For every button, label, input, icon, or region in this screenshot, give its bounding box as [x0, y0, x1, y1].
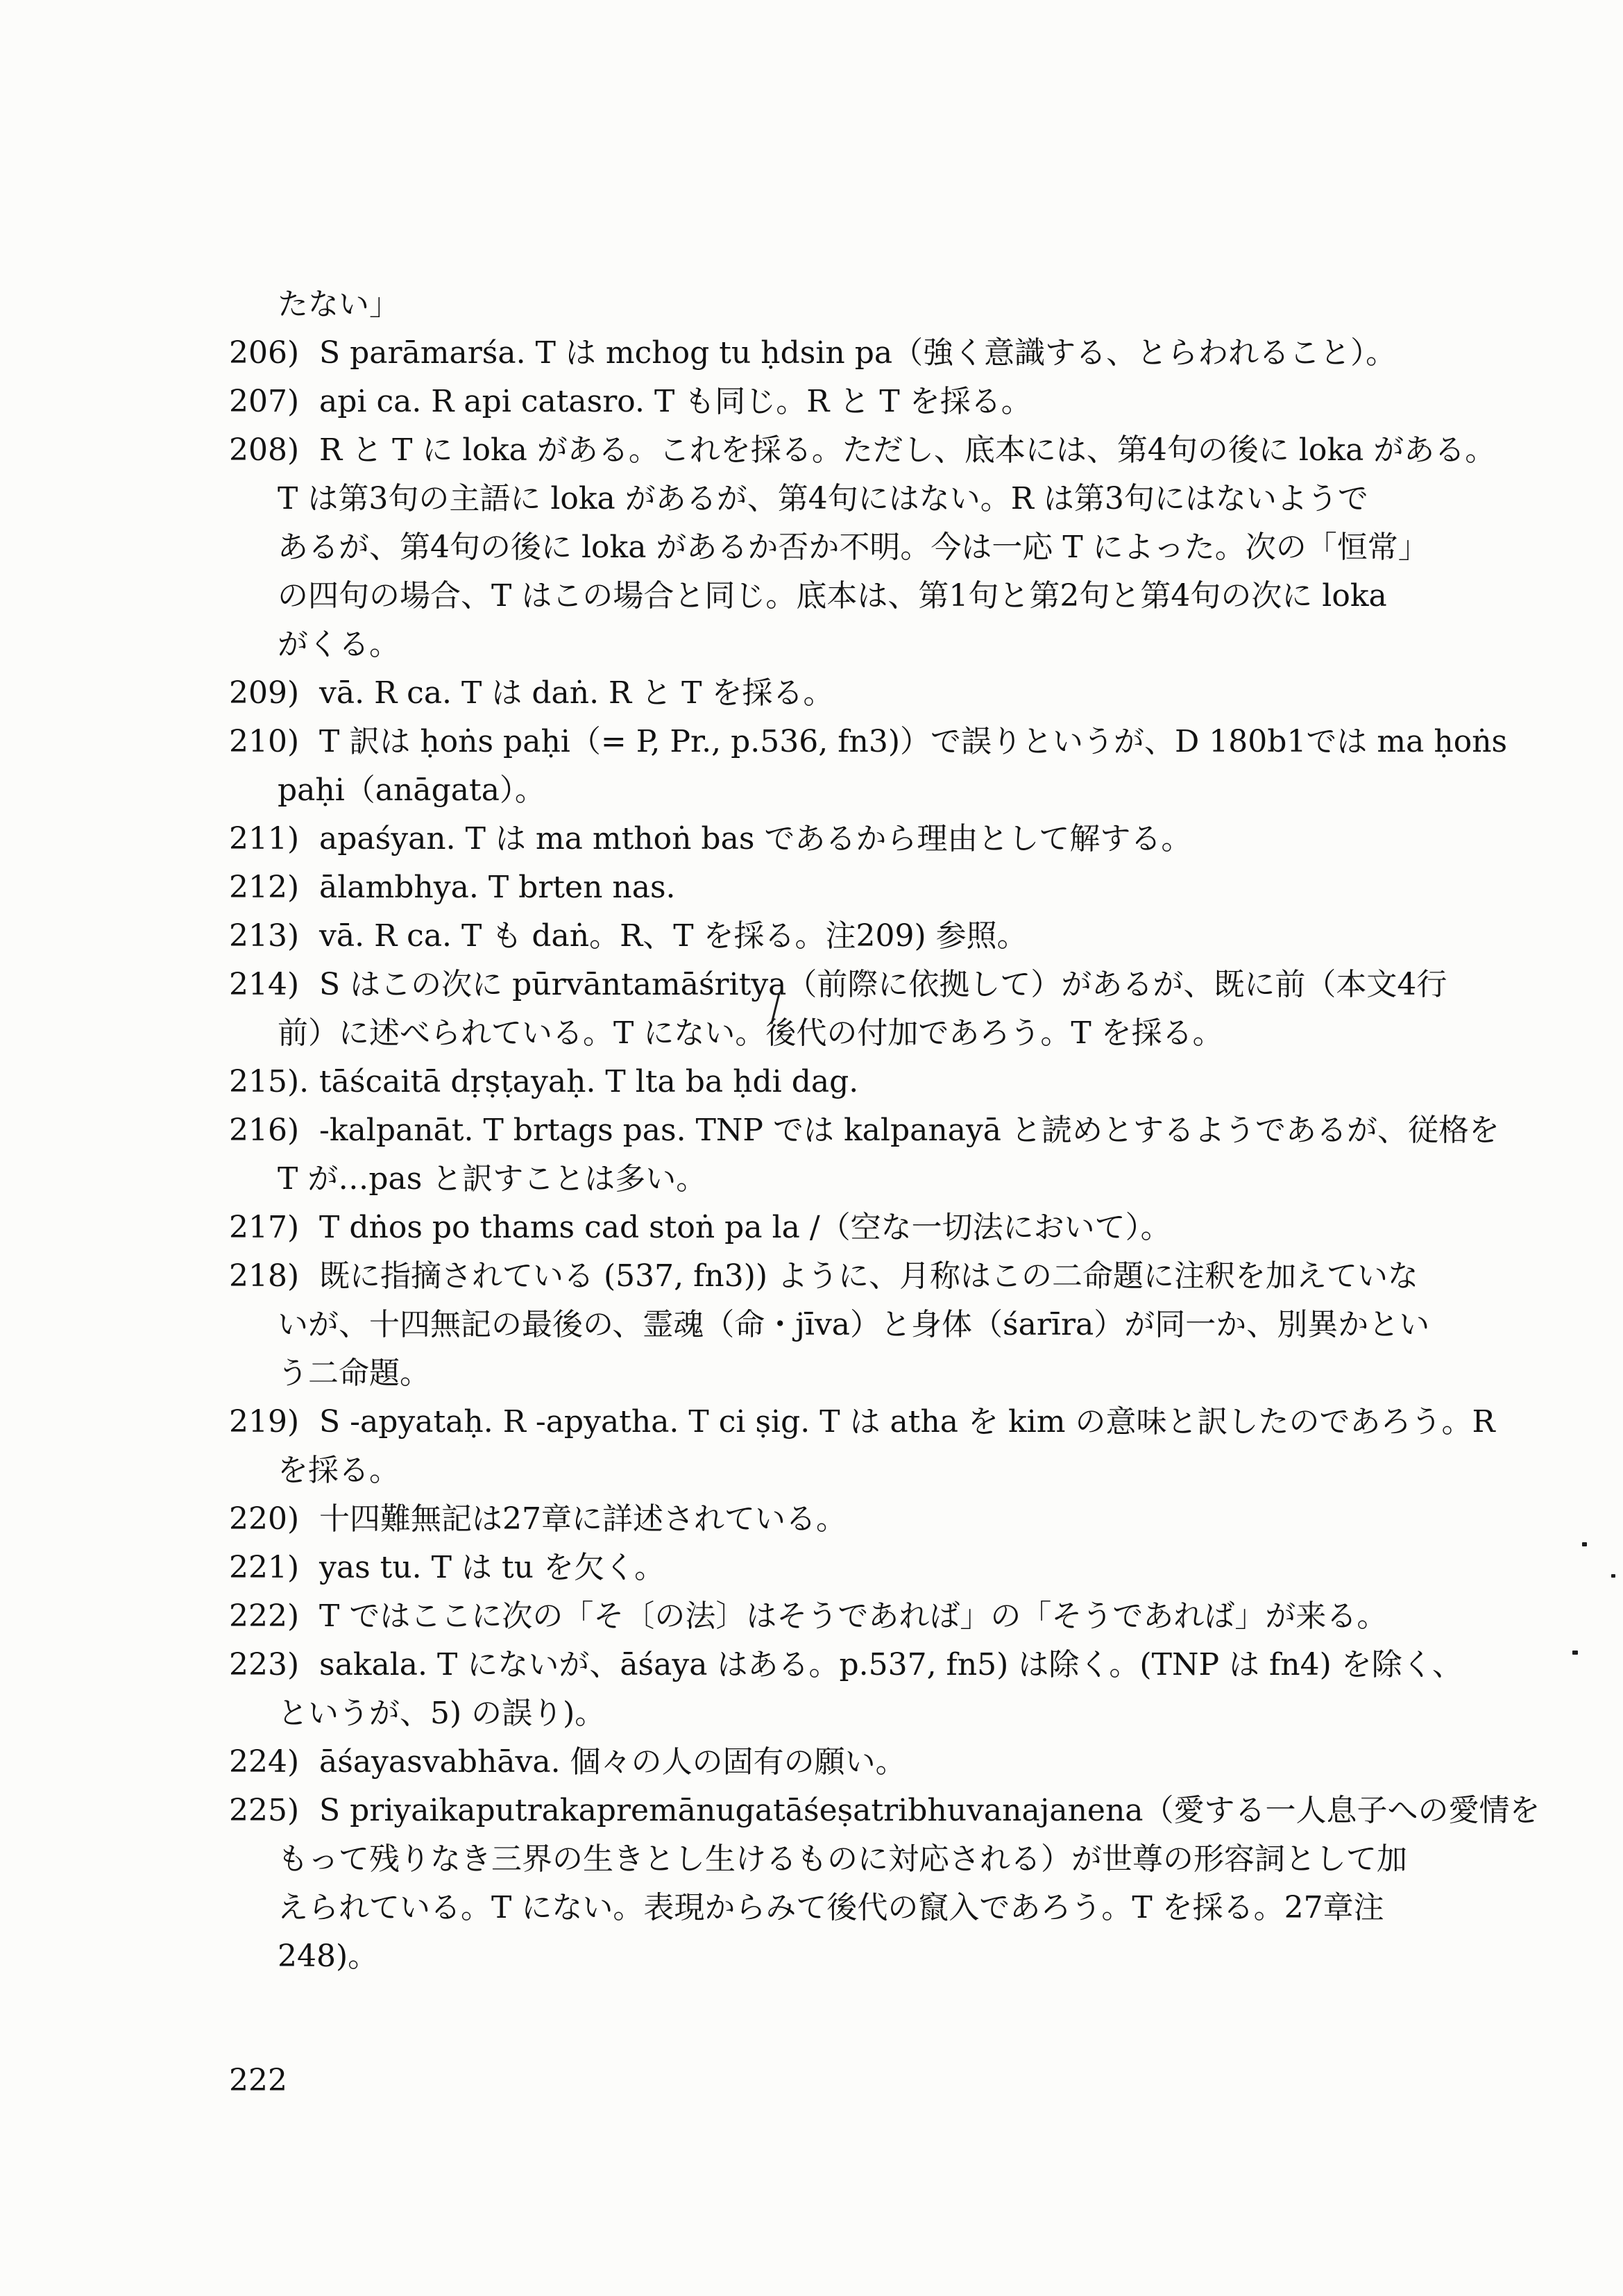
- note-number: 209): [229, 669, 299, 718]
- note-text: S parāmarśa. T は mchog tu ḥdsin pa（強く意識す…: [319, 329, 1396, 378]
- note-text: の四句の場合、T はこの場合と同じ。底本は、第1句と第2句と第4句の次に lok…: [278, 572, 1387, 621]
- note-line: 218)既に指摘されている (537, fn3)) ように、月称はこの二命題に注…: [0, 1252, 1623, 1301]
- note-line: 222)T ではここに次の「そ〔の法〕はそうであれば」の「そうであれば」が来る。: [0, 1592, 1623, 1641]
- note-text: 前）に述べられている。T にない。後代の付加であろう。T を採る。: [278, 1009, 1223, 1058]
- note-text: vā. R ca. T は daṅ. R と T を採る。: [319, 669, 834, 718]
- note-line: 215).tāścaitā dṛṣṭayaḥ. T lta ba ḥdi dag…: [0, 1058, 1623, 1106]
- note-line: 223)sakala. T にないが、āśaya はある。p.537, fn5)…: [0, 1641, 1623, 1689]
- note-line: T は第3句の主語に loka があるが、第4句にはない。R は第3句にはないよ…: [0, 475, 1623, 523]
- note-number: 212): [229, 863, 299, 912]
- note-text: ālambhya. T brten nas.: [319, 863, 676, 912]
- note-line: 224)āśayasvabhāva. 個々の人の固有の願い。: [0, 1738, 1623, 1787]
- note-number: 223): [229, 1641, 299, 1689]
- scan-speck: [1582, 1542, 1587, 1546]
- note-number: 217): [229, 1204, 299, 1252]
- note-number: 224): [229, 1738, 299, 1787]
- note-text: paḥi（anāgata）。: [278, 766, 545, 815]
- note-line: 213)vā. R ca. T も daṅ。R、T を採る。注209) 参照。: [0, 912, 1623, 961]
- note-line: 216)-kalpanāt. T brtags pas. TNP では kalp…: [0, 1106, 1623, 1155]
- note-text: S はこの次に pūrvāntamāśritya（前際に依拠して）があるが、既に…: [319, 961, 1447, 1009]
- note-text: もって残りなき三界の生きとし生けるものに対応される）が世尊の形容詞として加: [278, 1835, 1407, 1884]
- note-line: の四句の場合、T はこの場合と同じ。底本は、第1句と第2句と第4句の次に lok…: [0, 572, 1623, 621]
- note-text: api ca. R api catasro. T も同じ。R と T を採る。: [319, 378, 1032, 426]
- note-line: 219)S -apyataḥ. R -apyatha. T ci ṣig. T …: [0, 1398, 1623, 1446]
- note-text: いが、十四無記の最後の、霊魂（命・jīva）と身体（śarīra）が同一か、別異…: [278, 1301, 1429, 1349]
- note-text: たない」: [278, 280, 400, 329]
- note-text: -kalpanāt. T brtags pas. TNP では kalpanay…: [319, 1106, 1499, 1155]
- note-number: 222): [229, 1592, 299, 1641]
- note-line: 212)ālambhya. T brten nas.: [0, 863, 1623, 912]
- note-line: えられている。T にない。表現からみて後代の竄入であろう。T を採る。27章注: [0, 1884, 1623, 1932]
- note-text: がくる。: [278, 621, 400, 669]
- note-text: S -apyataḥ. R -apyatha. T ci ṣig. T は at…: [319, 1398, 1495, 1446]
- note-line: 前）に述べられている。T にない。後代の付加であろう。T を採る。: [0, 1009, 1623, 1058]
- note-number: 218): [229, 1252, 299, 1301]
- note-line: 225)S priyaikaputrakapremānugatāśeṣatrib…: [0, 1787, 1623, 1835]
- note-line: 217)T dṅos po thams cad stoṅ pa la /（空な一…: [0, 1204, 1623, 1252]
- note-text: T 訳は ḥoṅs paḥi（= P, Pr., p.536, fn3)）で誤り…: [319, 718, 1507, 766]
- note-text: 十四難無記は27章に詳述されている。: [319, 1495, 847, 1544]
- note-line: 221)yas tu. T は tu を欠く。: [0, 1544, 1623, 1592]
- note-text: yas tu. T は tu を欠く。: [319, 1544, 665, 1592]
- note-line: がくる。: [0, 621, 1623, 669]
- document-page: たない」206)S parāmarśa. T は mchog tu ḥdsin …: [0, 0, 1623, 2296]
- note-line: 209)vā. R ca. T は daṅ. R と T を採る。: [0, 669, 1623, 718]
- note-number: 216): [229, 1106, 299, 1155]
- note-line: 220)十四難無記は27章に詳述されている。: [0, 1495, 1623, 1544]
- note-text: を採る。: [278, 1446, 400, 1495]
- footnotes-section: たない」206)S parāmarśa. T は mchog tu ḥdsin …: [0, 280, 1623, 1981]
- scan-speck: [1611, 1574, 1615, 1578]
- note-number: 213): [229, 912, 299, 961]
- note-text: あるが、第4句の後に loka があるか否か不明。今は一応 T によった。次の「…: [278, 523, 1429, 572]
- note-number: 210): [229, 718, 299, 766]
- note-line: いが、十四無記の最後の、霊魂（命・jīva）と身体（śarīra）が同一か、別異…: [0, 1301, 1623, 1349]
- note-line: あるが、第4句の後に loka があるか否か不明。今は一応 T によった。次の「…: [0, 523, 1623, 572]
- note-text: T は第3句の主語に loka があるが、第4句にはない。R は第3句にはないよ…: [278, 475, 1368, 523]
- note-number: 206): [229, 329, 299, 378]
- note-text: apaśyan. T は ma mthoṅ bas であるから理由として解する。: [319, 815, 1191, 863]
- note-text: T が…pas と訳すことは多い。: [278, 1155, 706, 1204]
- note-line: 210)T 訳は ḥoṅs paḥi（= P, Pr., p.536, fn3)…: [0, 718, 1623, 766]
- note-text: āśayasvabhāva. 個々の人の固有の願い。: [319, 1738, 906, 1787]
- scan-speck: [1572, 1651, 1578, 1655]
- note-text: sakala. T にないが、āśaya はある。p.537, fn5) は除く…: [319, 1641, 1463, 1689]
- note-number: 207): [229, 378, 299, 426]
- note-text: 既に指摘されている (537, fn3)) ように、月称はこの二命題に注釈を加え…: [319, 1252, 1418, 1301]
- note-line: たない」: [0, 280, 1623, 329]
- note-line: を採る。: [0, 1446, 1623, 1495]
- note-line: もって残りなき三界の生きとし生けるものに対応される）が世尊の形容詞として加: [0, 1835, 1623, 1884]
- note-text: S priyaikaputrakapremānugatāśeṣatribhuva…: [319, 1787, 1540, 1835]
- note-text: tāścaitā dṛṣṭayaḥ. T lta ba ḥdi dag.: [319, 1058, 858, 1106]
- note-line: というが、5) の誤り)。: [0, 1689, 1623, 1738]
- note-text: 248)。: [278, 1932, 378, 1981]
- note-line: T が…pas と訳すことは多い。: [0, 1155, 1623, 1204]
- page-number: 222: [229, 2063, 287, 2099]
- note-number: 214): [229, 961, 299, 1009]
- note-number: 219): [229, 1398, 299, 1446]
- note-text: T ではここに次の「そ〔の法〕はそうであれば」の「そうであれば」が来る。: [319, 1592, 1387, 1641]
- note-number: 220): [229, 1495, 299, 1544]
- note-line: paḥi（anāgata）。: [0, 766, 1623, 815]
- note-number: 208): [229, 426, 299, 475]
- note-line: 206)S parāmarśa. T は mchog tu ḥdsin pa（強…: [0, 329, 1623, 378]
- note-text: う二命題。: [278, 1349, 430, 1398]
- note-line: 248)。: [0, 1932, 1623, 1981]
- note-number: 225): [229, 1787, 299, 1835]
- note-line: 211)apaśyan. T は ma mthoṅ bas であるから理由として…: [0, 815, 1623, 863]
- note-line: 207)api ca. R api catasro. T も同じ。R と T を…: [0, 378, 1623, 426]
- note-text: えられている。T にない。表現からみて後代の竄入であろう。T を採る。27章注: [278, 1884, 1384, 1932]
- note-text: T dṅos po thams cad stoṅ pa la /（空な一切法にお…: [319, 1204, 1171, 1252]
- note-line: 208)R と T に loka がある。これを採る。ただし、底本には、第4句の…: [0, 426, 1623, 475]
- note-text: というが、5) の誤り)。: [278, 1689, 605, 1738]
- note-line: 214)S はこの次に pūrvāntamāśritya（前際に依拠して）がある…: [0, 961, 1623, 1009]
- note-text: R と T に loka がある。これを採る。ただし、底本には、第4句の後に l…: [319, 426, 1495, 475]
- note-number: 211): [229, 815, 299, 863]
- note-number: 221): [229, 1544, 299, 1592]
- note-number: 215).: [229, 1058, 309, 1106]
- note-text: vā. R ca. T も daṅ。R、T を採る。注209) 参照。: [319, 912, 1028, 961]
- note-line: う二命題。: [0, 1349, 1623, 1398]
